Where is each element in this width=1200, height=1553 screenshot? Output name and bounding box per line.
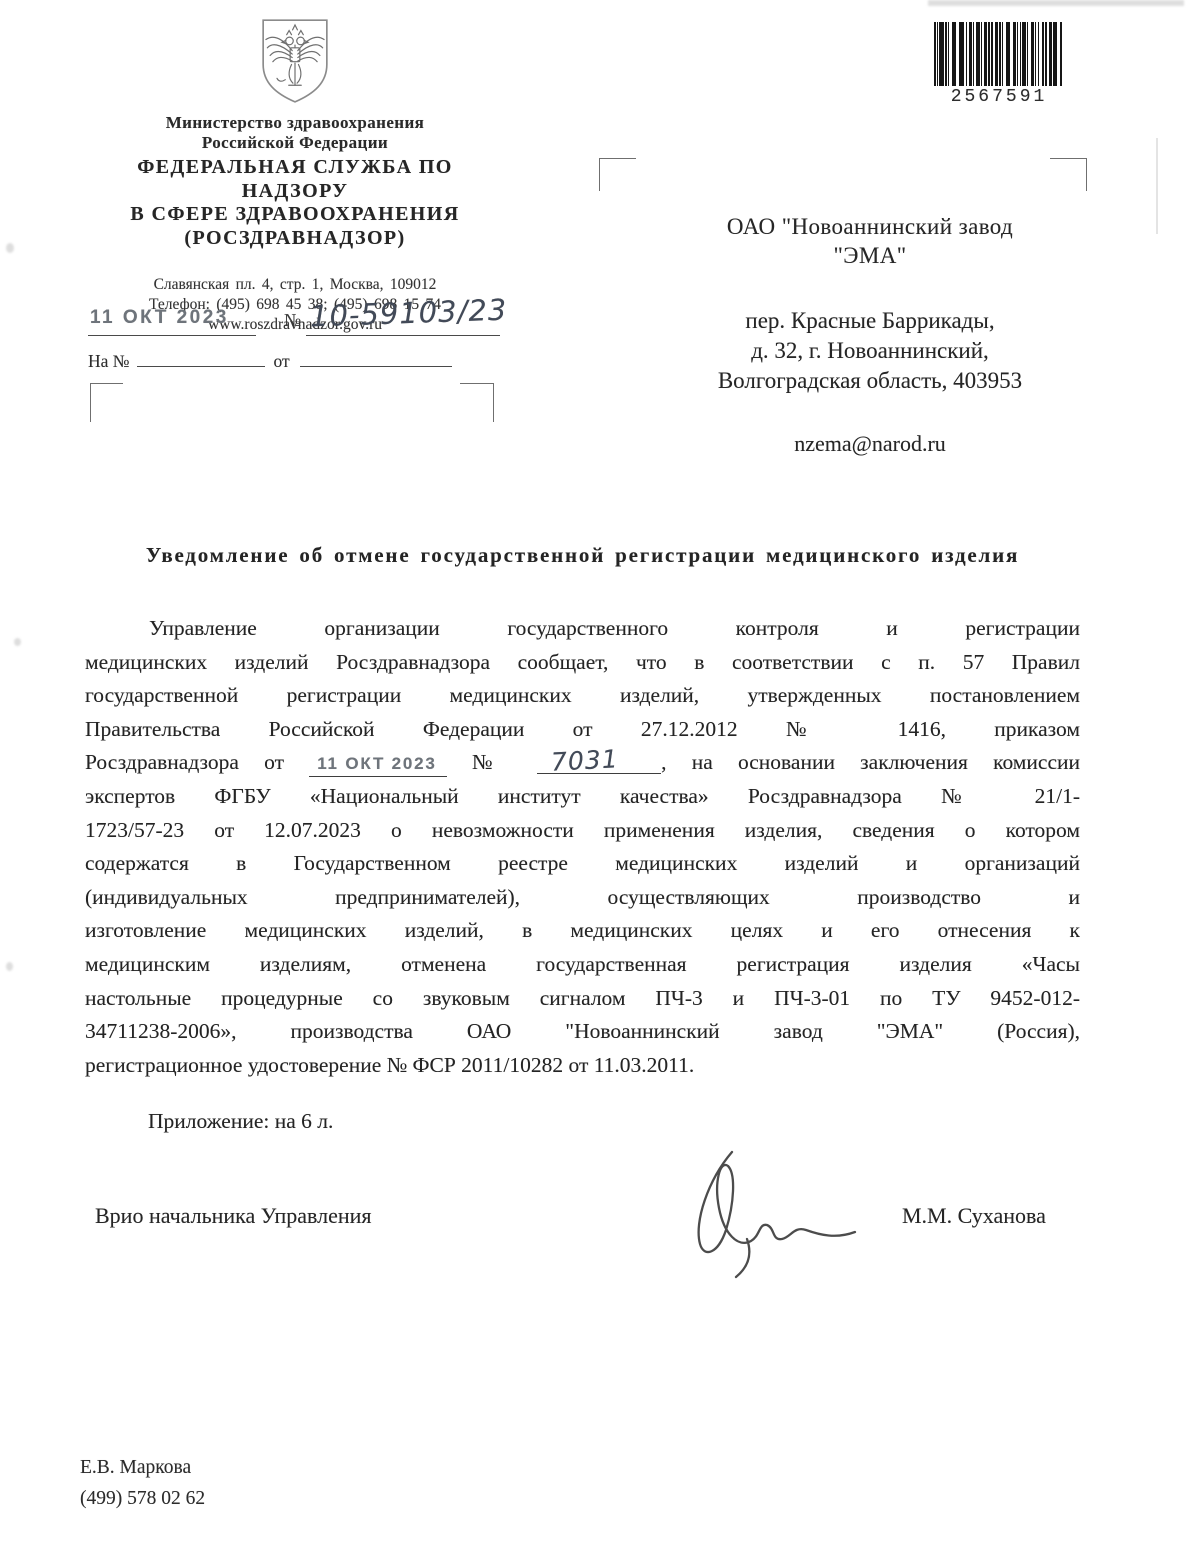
service-line1: ФЕДЕРАЛЬНАЯ СЛУЖБА ПО НАДЗОРУ: [85, 156, 505, 203]
underline: [137, 348, 265, 367]
executor-name: Е.В. Маркова: [80, 1452, 205, 1483]
scan-speck: [6, 243, 14, 253]
body-line: государственной регистрации медицинских …: [85, 679, 1080, 713]
body-line: содержатся в Государственном реестре мед…: [85, 847, 1080, 881]
body-line: регистрационное удостоверение № ФСР 2011…: [85, 1049, 1080, 1083]
corner-mark-recipient-right: [1050, 158, 1087, 191]
ministry-line1: Министерство здравоохранения: [85, 113, 505, 133]
coat-of-arms-icon: [243, 16, 347, 106]
inline-date-stamp: 11 ОКТ 2023: [317, 754, 436, 773]
service-line3: (РОСЗДРАВНАДЗОР): [85, 227, 505, 251]
na-number-label: На №: [88, 351, 129, 372]
recipient-name: ОАО "Новоаннинский завод "ЭМА": [632, 212, 1108, 270]
corner-mark-address-zone-left: [90, 383, 123, 422]
scan-artifact-top-smear: [928, 0, 1184, 6]
body-text: Управление организации государственного …: [85, 612, 1080, 1134]
underline: [306, 335, 500, 336]
body-line: 1723/57-23 от 12.07.2023 о невозможности…: [85, 814, 1080, 848]
body-line: экспертов ФГБУ «Национальный институт ка…: [85, 780, 1080, 814]
body-line: настольные процедурные со звуковым сигна…: [85, 982, 1080, 1016]
service-name: ФЕДЕРАЛЬНАЯ СЛУЖБА ПО НАДЗОРУ В СФЕРЕ ЗД…: [85, 156, 505, 250]
executor-phone: (499) 578 02 62: [80, 1483, 205, 1514]
recipient-block: ОАО "Новоаннинский завод "ЭМА" пер. Крас…: [632, 212, 1108, 457]
recipient-address-line2: д. 32, г. Новоаннинский,: [632, 336, 1108, 366]
body-line: 34711238-2006», производства ОАО "Новоан…: [85, 1015, 1080, 1049]
scan-speck: [6, 962, 13, 971]
signer-name: М.М. Суханова: [902, 1203, 1046, 1229]
body-line: Правительства Российской Федерации от 27…: [85, 713, 1080, 747]
ministry-name: Министерство здравоохранения Российской …: [85, 113, 505, 153]
corner-mark-address-zone-right: [460, 383, 494, 422]
document-title: Уведомление об отмене государственной ре…: [85, 543, 1080, 568]
ot-label: от: [273, 351, 289, 372]
body-line: Управление организации государственного …: [85, 612, 1080, 646]
outgoing-reference-row: 11 ОКТ 2023 № 10-59103/23: [88, 302, 508, 346]
underline: [300, 348, 452, 367]
outgoing-number-handwritten: 10-59103/23: [309, 293, 507, 334]
recipient-address: пер. Красные Баррикады, д. 32, г. Новоан…: [632, 306, 1108, 396]
executor-block: Е.В. Маркова (499) 578 02 62: [80, 1452, 205, 1514]
body-line: медицинских изделий Росздравнадзора сооб…: [85, 646, 1080, 680]
body-line-with-stamp: Росздравнадзора от 11 ОКТ 2023 № 7031, н…: [85, 746, 1080, 780]
recipient-address-line1: пер. Красные Баррикады,: [632, 306, 1108, 336]
service-line2: В СФЕРЕ ЗДРАВООХРАНЕНИЯ: [85, 203, 505, 227]
stamp-line-before: Росздравнадзора от: [85, 750, 284, 774]
body-line: (индивидуальных предпринимателей), осуще…: [85, 881, 1080, 915]
recipient-name-line2: "ЭМА": [632, 241, 1108, 270]
letterhead: Министерство здравоохранения Российской …: [85, 16, 505, 335]
scan-speck: [14, 638, 21, 646]
scanned-letter-page: Министерство здравоохранения Российской …: [0, 0, 1200, 1553]
registration-barcode: 2567591: [934, 22, 1064, 107]
corner-mark-recipient-left: [599, 158, 636, 191]
recipient-email: nzema@narod.ru: [632, 431, 1108, 457]
body-line: изготовление медицинских изделий, в меди…: [85, 914, 1080, 948]
recipient-name-line1: ОАО "Новоаннинский завод: [632, 212, 1108, 241]
barcode-bars: [934, 22, 1062, 86]
inline-date-stamp-underline: 11 ОКТ 2023: [309, 750, 446, 777]
scan-artifact-line: [1156, 138, 1158, 234]
inline-handwritten-number: 7031: [551, 750, 620, 774]
signature-icon: [648, 1146, 873, 1281]
number-sign: №: [284, 310, 301, 331]
inline-number-sign: №: [472, 750, 512, 774]
inline-handwritten-underline: 7031: [537, 751, 661, 774]
recipient-address-line3: Волгоградская область, 403953: [632, 366, 1108, 396]
barcode-number: 2567591: [934, 87, 1064, 107]
signer-position-title: Врио начальника Управления: [95, 1203, 372, 1229]
date-stamp: 11 ОКТ 2023: [90, 307, 229, 329]
stamp-line-after: , на основании заключения комиссии: [661, 750, 1080, 774]
attachment-note: Приложение: на 6 л.: [85, 1109, 1080, 1134]
underline: [88, 335, 256, 336]
body-line: медицинским изделиям, отменена государст…: [85, 948, 1080, 982]
postal-address: Славянская пл. 4, стр. 1, Москва, 109012: [85, 275, 505, 295]
ministry-line2: Российской Федерации: [85, 133, 505, 153]
incoming-reference-row: На №от: [88, 348, 508, 372]
